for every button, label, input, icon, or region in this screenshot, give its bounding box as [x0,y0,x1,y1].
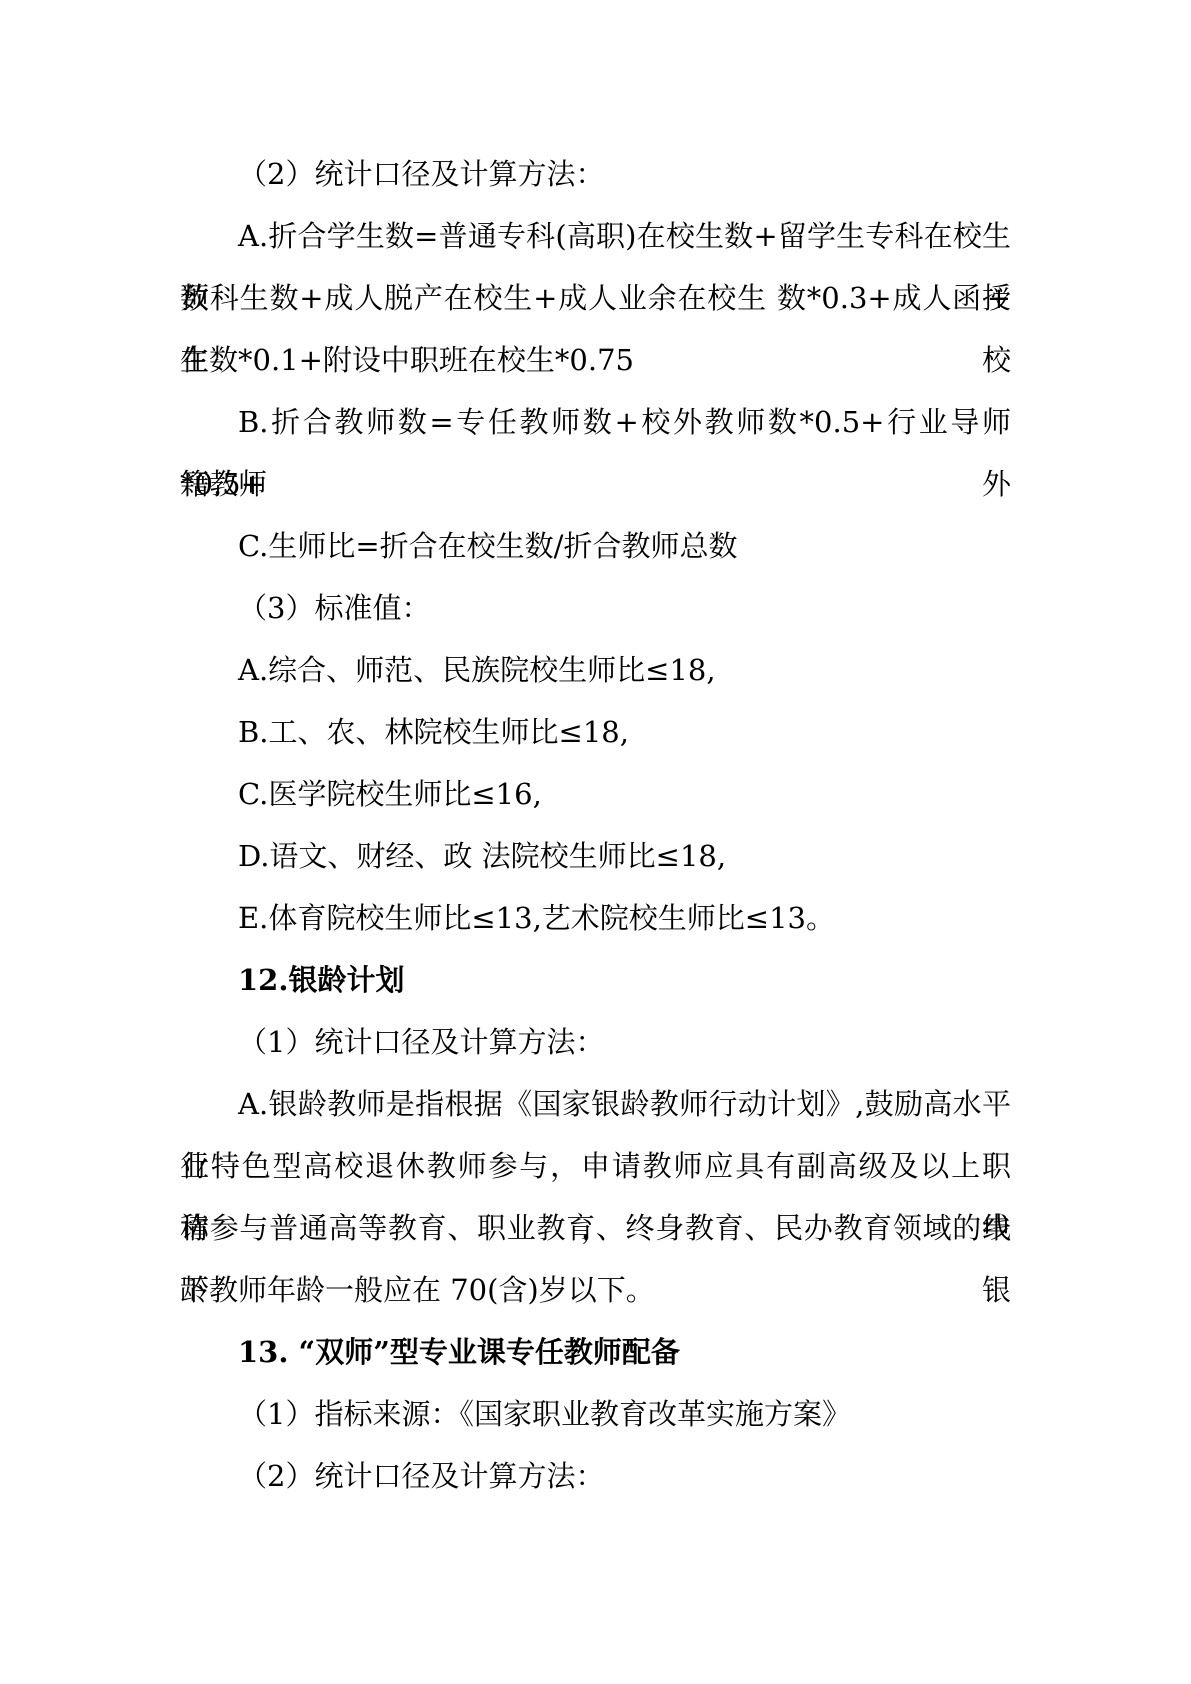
text-line: D.语文、财经、政 法院校生师比≤18, [180,825,1011,887]
text-line: （3）标准值： [180,577,1011,639]
text-line: A.银龄教师是指根据《国家银龄教师行动计划》,鼓励高水平行 [180,1073,1011,1135]
text-line: B.工、农、林院校生师比≤18, [180,701,1011,763]
text-line: C.医学院校生师比≤16, [180,763,1011,825]
text-line: B.折合教师数=专任教师数+校外教师数*0.5+行业导师*0.5+外 [180,391,1011,453]
text-line: （1）统计口径及计算方法： [180,1011,1011,1073]
section-heading: 13. “双师”型专业课专任教师配备 [180,1321,1011,1383]
text-line: （1）指标来源：《国家职业教育改革实施方案》 [180,1383,1011,1445]
document-content: （2）统计口径及计算方法：A.折合学生数=普通专科(高职)在校生数+留学生专科在… [180,143,1011,1507]
text-line: （2）统计口径及计算方法： [180,1445,1011,1507]
section-heading: 12.银龄计划 [180,949,1011,1011]
text-line: 预科生数+成人脱产在校生+成人业余在校生 数*0.3+成人函授在校 [180,267,1011,329]
text-line: 业特色型高校退休教师参与，申请教师应具有副高级及以上职称，申 [180,1135,1011,1197]
text-line: A.折合学生数=普通专科(高职)在校生数+留学生专科在校生数+ [180,205,1011,267]
text-line: C.生师比=折合在校生数/折合教师总数 [180,515,1011,577]
text-line: A.综合、师范、民族院校生师比≤18, [180,639,1011,701]
text-line: 请参与普通高等教育、职业教育、终身教育、民办教育领域的线下银 [180,1197,1011,1259]
text-line: E.体育院校生师比≤13,艺术院校生师比≤13。 [180,887,1011,949]
document-page: （2）统计口径及计算方法：A.折合学生数=普通专科(高职)在校生数+留学生专科在… [0,0,1191,1684]
text-line: （2）统计口径及计算方法： [180,143,1011,205]
